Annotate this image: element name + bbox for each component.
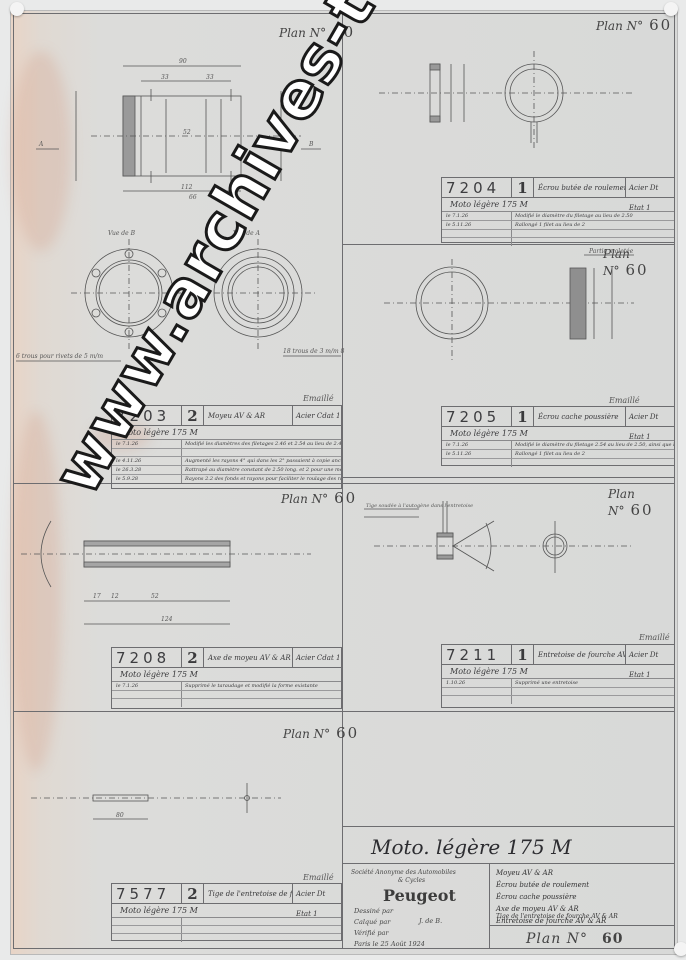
- revision-row: le 7.1.26Modifié le diamètre du filetage…: [442, 212, 674, 221]
- divider: [13, 711, 675, 712]
- fork-spacer-drawing: Tige soudée à l'autogène dans l'entretoi…: [344, 501, 674, 621]
- svg-text:6 trous pour rivets de 5 m/m: 6 trous pour rivets de 5 m/m: [16, 353, 103, 360]
- revision-row: [112, 926, 341, 934]
- part-code: 7203: [112, 406, 182, 425]
- revision-row: le 26.3.28Rattrapé au diamètre constant …: [112, 466, 341, 475]
- part-quantity: 1: [512, 178, 534, 197]
- pushpin: [674, 942, 686, 956]
- svg-text:124: 124: [161, 616, 173, 623]
- svg-text:33: 33: [161, 74, 169, 81]
- spacer-rod-drawing: 80: [11, 771, 341, 871]
- part-quantity: 1: [512, 407, 534, 426]
- part-quantity: 1: [512, 645, 534, 664]
- revision-row: [442, 696, 674, 704]
- company-name-line2: & Cycles: [398, 877, 425, 884]
- revision-row: [112, 918, 341, 926]
- svg-text:52: 52: [151, 593, 159, 600]
- divider: [342, 477, 675, 478]
- part-table-7204: 7204 1 Écrou butée de roulement Acier Dt…: [441, 177, 675, 243]
- finish-label: Emaillé: [303, 873, 334, 882]
- revision-row: 1.10.26Supprimé une entretoise: [442, 679, 674, 688]
- model-name: Moto légère 175 M: [112, 668, 341, 682]
- part-material: Acier Dt Etat 1: [626, 645, 674, 664]
- revision-row: [112, 699, 341, 707]
- part-material: Acier Cdat 1: [293, 406, 341, 425]
- revision-row: le 4.11.26Augmenté les rayons 4° qui dan…: [112, 457, 341, 466]
- svg-text:112: 112: [181, 184, 193, 191]
- part-code: 7204: [442, 178, 512, 197]
- dust-cap-nut-drawing: Partie moletée: [344, 251, 674, 401]
- part-quantity: 2: [182, 648, 204, 667]
- revision-row: [112, 449, 341, 457]
- svg-text:17: 17: [93, 593, 101, 600]
- part-material: Acier Dt Etat 1: [626, 407, 674, 426]
- svg-text:Vue de A: Vue de A: [233, 230, 261, 237]
- plan-label: Plan N°60: [283, 724, 359, 742]
- svg-text:B: B: [308, 141, 314, 148]
- annotation: Partie moletée: [588, 248, 634, 255]
- divider: [342, 863, 675, 864]
- parts-list-item: Tige de l'entretoise de fourche AV & AR: [496, 911, 618, 923]
- pushpin: [10, 2, 24, 16]
- company-name: Société Anonyme des Automobiles: [351, 869, 456, 876]
- plan-label: Plan N°60: [596, 16, 672, 34]
- svg-text:80: 80: [116, 812, 124, 819]
- part-code: 7205: [442, 407, 512, 426]
- finish-label: Emaillé: [303, 394, 334, 403]
- part-description: Entretoise de fourche AV: [534, 645, 626, 664]
- svg-text:12: 12: [111, 593, 119, 600]
- pushpin: [664, 2, 678, 16]
- divider: [489, 863, 490, 949]
- part-table-7208: 7208 2 Axe de moyeu AV & AR Acier Cdat 1…: [111, 647, 342, 709]
- revision-row: [442, 230, 674, 238]
- part-quantity: 2: [182, 884, 204, 903]
- center-divider: [342, 13, 343, 828]
- part-table-7211: 7211 1 Entretoise de fourche AV Acier Dt…: [441, 644, 675, 708]
- part-description: Moyeu AV & AR: [204, 406, 293, 425]
- part-table-7577: 7577 2 Tige de l'entretoise de fourche A…: [111, 883, 342, 941]
- svg-text:Vue de B: Vue de B: [108, 230, 136, 237]
- svg-text:52: 52: [183, 129, 191, 136]
- svg-text:33: 33: [206, 74, 214, 81]
- svg-text:A: A: [38, 141, 44, 148]
- part-table-7203: 7203 2 Moyeu AV & AR Acier Cdat 1 Moto l…: [111, 405, 342, 489]
- svg-text:90: 90: [179, 58, 187, 65]
- part-code: 7577: [112, 884, 182, 903]
- revision-row: [442, 459, 674, 467]
- hub-axle-drawing: 52124 1712: [11, 501, 341, 631]
- hub-drawing: 903333 5211266 AB Vue de BVue de A 6 tro…: [11, 11, 341, 251]
- initials: J. de B.: [419, 916, 442, 927]
- bearing-nut-drawing: [344, 41, 674, 191]
- part-material: Acier Cdat 1: [293, 648, 341, 667]
- part-material: Acier Dt Etat 1: [626, 178, 674, 197]
- revision-row: [112, 691, 341, 699]
- revision-row: [442, 688, 674, 696]
- brand-logo: Peugeot: [383, 886, 456, 905]
- revision-row: [112, 934, 341, 942]
- revision-row: le 7.1.26Supprimé le taraudage et modifi…: [112, 682, 341, 691]
- part-description: Axe de moyeu AV & AR: [204, 648, 293, 667]
- revision-row: le 7.1.26Modifié les diamètres des filet…: [112, 440, 341, 449]
- model-name: Moto légère 175 M: [112, 426, 341, 440]
- revision-row: le 5.11.26Rallongé 1 filet au lieu de 2: [442, 221, 674, 230]
- finish-label: Emaillé: [609, 396, 640, 405]
- drawing-sheet: Plan N°60 903333 5211266 AB: [10, 10, 678, 955]
- part-code: 7208: [112, 648, 182, 667]
- part-table-7205: 7205 1 Écrou cache poussière Acier Dt Et…: [441, 406, 675, 466]
- drawing-title: Moto. légère 175 M: [371, 835, 572, 859]
- signature-block: Dessiné par Calqué par Vérifié par Paris…: [354, 906, 425, 950]
- revision-row: le 7.1.26Modifié le diamètre du filetage…: [442, 441, 674, 450]
- part-description: Tige de l'entretoise de fourche AV & AR: [204, 884, 293, 903]
- annotation: Tige soudée à l'autogène dans l'entretoi…: [366, 502, 473, 509]
- part-material: Acier Dt Etat 1: [293, 884, 341, 903]
- part-code: 7211: [442, 645, 512, 664]
- revision-row: [442, 238, 674, 246]
- part-description: Écrou cache poussière: [534, 407, 626, 426]
- plan-number: Plan N°60: [526, 931, 623, 947]
- svg-text:18 trous de 3 m/m 8: 18 trous de 3 m/m 8: [283, 348, 345, 355]
- revision-row: le 5.9.28Rayons 2.2 des fonds et rayons …: [112, 475, 341, 483]
- part-description: Écrou butée de roulement: [534, 178, 626, 197]
- part-quantity: 2: [182, 406, 204, 425]
- svg-text:66: 66: [189, 194, 197, 201]
- finish-label: Emaillé: [639, 633, 670, 642]
- revision-row: le 5.11.26Rallongé 1 filet au lieu de 2: [442, 450, 674, 459]
